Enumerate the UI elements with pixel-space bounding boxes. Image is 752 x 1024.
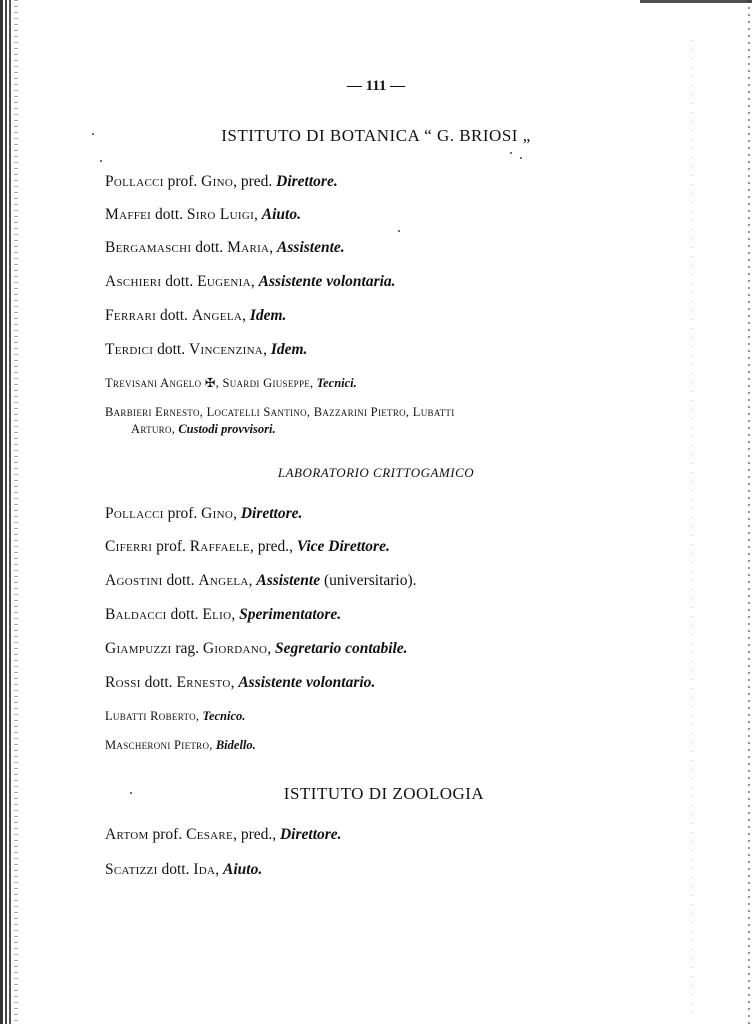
- role: Aiuto.: [262, 206, 301, 223]
- extra: ,: [242, 307, 246, 324]
- academic-title: prof.: [168, 505, 198, 522]
- academic-title: dott.: [160, 307, 188, 324]
- book-spine-shadow: [0, 0, 14, 1024]
- entry-botanica-1: Maffei dott. Siro Luigi, Aiuto.: [105, 206, 575, 224]
- section-heading-laboratorio: LABORATORIO CRITTOGAMICO: [0, 465, 752, 481]
- entry-laboratorio-1: Ciferri prof. Raffaele, pred., Vice Dire…: [105, 538, 575, 556]
- academic-title: dott.: [161, 861, 189, 878]
- extra: ,: [231, 674, 235, 691]
- role: Assistente volontaria.: [259, 273, 396, 290]
- extra: ,: [231, 606, 235, 623]
- surname: Rossi: [105, 674, 141, 691]
- surname: Maffei: [105, 206, 151, 223]
- scan-speck: [130, 792, 132, 794]
- page-edge-top: [640, 0, 752, 3]
- surname: Agostini: [105, 572, 163, 589]
- role: Tecnico.: [202, 709, 245, 723]
- surname: Giampuzzi: [105, 640, 171, 657]
- given-name: Ida: [193, 861, 215, 878]
- extra: ,: [254, 206, 258, 223]
- entry-laboratorio-0: Pollacci prof. Gino, Direttore.: [105, 505, 575, 523]
- entry-laboratorio-bidello: Mascheroni Pietro, Bidello.: [105, 738, 575, 753]
- extra: ,: [233, 505, 237, 522]
- names: Trevisani Angelo ✠, Suardi Giuseppe,: [105, 376, 313, 390]
- page-edge-right: [748, 0, 750, 1024]
- scan-speck: [92, 133, 94, 135]
- given-name: Angela: [198, 572, 248, 589]
- surname: Scatizzi: [105, 861, 158, 878]
- continuation-line: Arturo, Custodi provvisori.: [105, 421, 565, 438]
- extra: ,: [269, 239, 273, 256]
- role: Aiuto.: [223, 861, 262, 878]
- names-line1: Barbieri Ernesto, Locatelli Santino, Baz…: [105, 405, 455, 419]
- role: Assistente volontario.: [238, 674, 375, 691]
- surname: Pollacci: [105, 173, 164, 190]
- entry-laboratorio-2: Agostini dott. Angela, Assistente (unive…: [105, 572, 575, 590]
- given-name: Raffaele: [190, 538, 250, 555]
- scan-noise-right: [692, 40, 693, 1020]
- academic-title: dott.: [155, 206, 183, 223]
- entry-botanica-3: Aschieri dott. Eugenia, Assistente volon…: [105, 273, 575, 291]
- surname: Bergamaschi: [105, 239, 191, 256]
- role: Tecnici.: [317, 376, 357, 390]
- role: Assistente.: [277, 239, 345, 256]
- page-number: — 111 —: [0, 78, 752, 95]
- given-name: Elio: [202, 606, 231, 623]
- surname: Baldacci: [105, 606, 167, 623]
- given-name: Eugenia: [197, 273, 251, 290]
- given-name: Vincenzina: [189, 341, 263, 358]
- extra: ,: [263, 341, 267, 358]
- surname: Artom: [105, 826, 149, 843]
- academic-title: dott.: [157, 341, 185, 358]
- scan-speck: [100, 160, 102, 162]
- given-name: Cesare: [186, 826, 233, 843]
- role: Direttore.: [276, 173, 338, 190]
- given-name: Ernesto: [176, 674, 230, 691]
- given-name: Siro Luigi: [187, 206, 254, 223]
- extra: ,: [249, 572, 253, 589]
- academic-title: dott.: [166, 572, 194, 589]
- role: Direttore.: [280, 826, 342, 843]
- entry-laboratorio-technician: Lubatti Roberto, Tecnico.: [105, 709, 575, 724]
- surname: Terdici: [105, 341, 153, 358]
- role: Assistente: [256, 572, 320, 589]
- given-name: Gino: [201, 173, 233, 190]
- given-name: Maria: [227, 239, 269, 256]
- academic-title: dott.: [195, 239, 223, 256]
- role: Vice Direttore.: [297, 538, 390, 555]
- role: Idem.: [271, 341, 308, 358]
- given-name: Giordano: [203, 640, 267, 657]
- entry-zoologia-0: Artom prof. Cesare, pred., Direttore.: [105, 826, 575, 844]
- entry-botanica-0: Pollacci prof. Gino, pred. Direttore.: [105, 173, 575, 191]
- academic-title: dott.: [171, 606, 199, 623]
- role: Sperimentatore.: [239, 606, 341, 623]
- academic-title: prof.: [153, 826, 183, 843]
- section-heading-botanica: ISTITUTO DI BOTANICA “ G. BRIOSI „: [0, 126, 752, 146]
- scan-speck: [398, 230, 400, 232]
- academic-title: dott.: [165, 273, 193, 290]
- scan-noise-left: [14, 0, 18, 1024]
- role: Bidello.: [216, 738, 256, 752]
- role: Direttore.: [241, 505, 303, 522]
- scan-speck: [520, 157, 522, 159]
- entry-botanica-technicians: Trevisani Angelo ✠, Suardi Giuseppe, Tec…: [105, 375, 575, 391]
- surname: Ferrari: [105, 307, 156, 324]
- given-name: Gino: [201, 505, 233, 522]
- section-heading-zoologia: ISTITUTO DI ZOOLOGIA: [0, 784, 752, 804]
- entry-laboratorio-3: Baldacci dott. Elio, Sperimentatore.: [105, 606, 575, 624]
- entry-laboratorio-5: Rossi dott. Ernesto, Assistente volontar…: [105, 674, 575, 692]
- extra: ,: [215, 861, 219, 878]
- names-line2: Arturo,: [131, 422, 175, 436]
- names: Mascheroni Pietro,: [105, 738, 213, 752]
- entry-laboratorio-4: Giampuzzi rag. Giordano, Segretario cont…: [105, 640, 575, 658]
- extra: , pred.,: [233, 826, 276, 843]
- entry-botanica-4: Ferrari dott. Angela, Idem.: [105, 307, 575, 325]
- extra: , pred.,: [250, 538, 293, 555]
- academic-title: rag.: [175, 640, 199, 657]
- extra: ,: [267, 640, 271, 657]
- tail: (universitario).: [324, 572, 417, 589]
- entry-zoologia-1: Scatizzi dott. Ida, Aiuto.: [105, 861, 575, 879]
- academic-title: prof.: [168, 173, 198, 190]
- role: Segretario contabile.: [275, 640, 408, 657]
- entry-botanica-2: Bergamaschi dott. Maria, Assistente.: [105, 239, 575, 257]
- academic-title: dott.: [145, 674, 173, 691]
- entry-botanica-custodians: Barbieri Ernesto, Locatelli Santino, Baz…: [105, 404, 565, 438]
- surname: Ciferri: [105, 538, 152, 555]
- role: Idem.: [250, 307, 287, 324]
- names: Lubatti Roberto,: [105, 709, 199, 723]
- given-name: Angela: [192, 307, 242, 324]
- extra: , pred.: [233, 173, 272, 190]
- scan-speck: [510, 152, 512, 154]
- surname: Aschieri: [105, 273, 161, 290]
- academic-title: prof.: [156, 538, 186, 555]
- surname: Pollacci: [105, 505, 164, 522]
- role: Custodi provvisori.: [178, 422, 275, 436]
- extra: ,: [251, 273, 255, 290]
- entry-botanica-5: Terdici dott. Vincenzina, Idem.: [105, 341, 575, 359]
